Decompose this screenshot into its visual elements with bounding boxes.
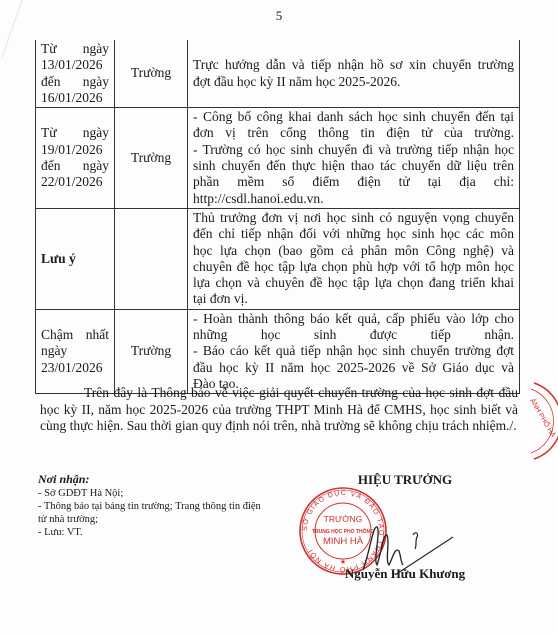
time-line: 22/01/2026 xyxy=(41,174,109,190)
recipient-item: - Thông báo tại bảng tin trường; Trang t… xyxy=(38,500,268,526)
content-line: - Trường có học sinh chuyển đi và trường… xyxy=(193,142,514,158)
closing-paragraph: Trên đây là Thông báo về việc giải quyết… xyxy=(40,385,518,435)
note-label-cell: Lưu ý xyxy=(36,208,115,309)
time-line: 13/01/2026 xyxy=(41,57,109,73)
content-line: - Hoàn thành thông báo kết quả, cấp phiế… xyxy=(193,311,514,327)
recipients-block: Nơi nhận: - Sở GDĐT Hà Nội; - Thông báo … xyxy=(38,473,268,539)
unit-cell xyxy=(115,208,188,309)
content-line: Trực hướng dẫn và tiếp nhận hồ sơ xin ch… xyxy=(193,57,514,73)
content-line: đầu học kỳ II năm học 2025-2026 về Sở Gi… xyxy=(193,360,514,376)
content-cell: - Hoàn thành thông báo kết quả, cấp phiế… xyxy=(188,309,520,393)
time-line: Chậm nhất xyxy=(41,327,109,343)
time-line: Từ ngày xyxy=(41,41,109,57)
time-line: 23/01/2026 xyxy=(41,360,109,376)
table-row: Chậm nhất ngày 23/01/2026 Trường - Hoàn … xyxy=(36,309,520,393)
unit-cell: Trường xyxy=(115,108,188,209)
unit-cell: Trường xyxy=(115,309,188,393)
recipient-item: - Sở GDĐT Hà Nội; xyxy=(38,487,268,500)
content-line: học lựa chọn (bao gồm cả phân môn Công n… xyxy=(193,243,514,259)
time-cell: Từ ngày 13/01/2026 đến ngày 16/01/2026 xyxy=(36,40,115,108)
time-cell: Chậm nhất ngày 23/01/2026 xyxy=(36,309,115,393)
signature-title: HIỆU TRƯỞNG xyxy=(335,472,475,488)
time-cell: Từ ngày 19/01/2026 đến ngày 22/01/2026 xyxy=(36,108,115,209)
time-line: Từ ngày xyxy=(41,125,109,141)
recipient-item: - Lưu: VT. xyxy=(38,526,268,539)
partial-stamp-icon: ÀNH PHỐ HÀ xyxy=(530,381,558,461)
time-line: đến ngày xyxy=(41,74,109,90)
svg-text:ÀNH PHỐ HÀ: ÀNH PHỐ HÀ xyxy=(530,396,558,439)
content-line: - Báo cáo kết quả tiếp nhận học sinh chu… xyxy=(193,343,514,359)
schedule-table: Từ ngày 13/01/2026 đến ngày 16/01/2026 T… xyxy=(35,40,520,394)
content-cell: Thủ trưởng đơn vị nơi học sinh có nguyện… xyxy=(188,208,520,309)
svg-text:★: ★ xyxy=(340,558,346,566)
content-line: http://csdl.hanoi.edu.vn. xyxy=(193,191,514,207)
table-row: Lưu ý Thủ trưởng đơn vị nơi học sinh có … xyxy=(36,208,520,309)
time-line: 19/01/2026 xyxy=(41,142,109,158)
content-cell: Trực hướng dẫn và tiếp nhận hồ sơ xin ch… xyxy=(188,40,520,108)
table-row: Từ ngày 19/01/2026 đến ngày 22/01/2026 T… xyxy=(36,108,520,209)
content-line: - Công bố công khai danh sách học sinh c… xyxy=(193,109,514,125)
content-line: đến chỉ tiếp nhận đối với những học sinh… xyxy=(193,226,514,242)
content-cell: - Công bố công khai danh sách học sinh c… xyxy=(188,108,520,209)
content-line: tại đơn vị. xyxy=(193,291,514,307)
time-line: 16/01/2026 xyxy=(41,90,109,106)
page-number: 5 xyxy=(0,8,558,24)
content-line: sinh chuyển đến thực hiện thao tác chuyể… xyxy=(193,158,514,174)
content-line: chuyên đề học tập lựa chọn phù hợp với t… xyxy=(193,259,514,275)
content-line: phần mềm sổ điểm điện tử tại địa chỉ: xyxy=(193,174,514,190)
table-row: Từ ngày 13/01/2026 đến ngày 16/01/2026 T… xyxy=(36,40,520,108)
content-line: Thủ trưởng đơn vị nơi học sinh có nguyện… xyxy=(193,210,514,226)
content-line: những học sinh được tiếp nhận. xyxy=(193,327,514,343)
content-line: lựa chọn và chuyên đề học tập lựa chọn đ… xyxy=(193,275,514,291)
time-line: đến ngày xyxy=(41,158,109,174)
time-line: ngày xyxy=(41,343,109,359)
recipients-title: Nơi nhận: xyxy=(38,473,268,486)
content-line: đợt đầu học kỳ II năm học 2025-2026. xyxy=(193,74,514,90)
unit-cell: Trường xyxy=(115,40,188,108)
signer-name: Nguyễn Hữu Khương xyxy=(320,566,490,582)
content-line: đơn vị trên cổng thông tin điện tử của t… xyxy=(193,125,514,141)
